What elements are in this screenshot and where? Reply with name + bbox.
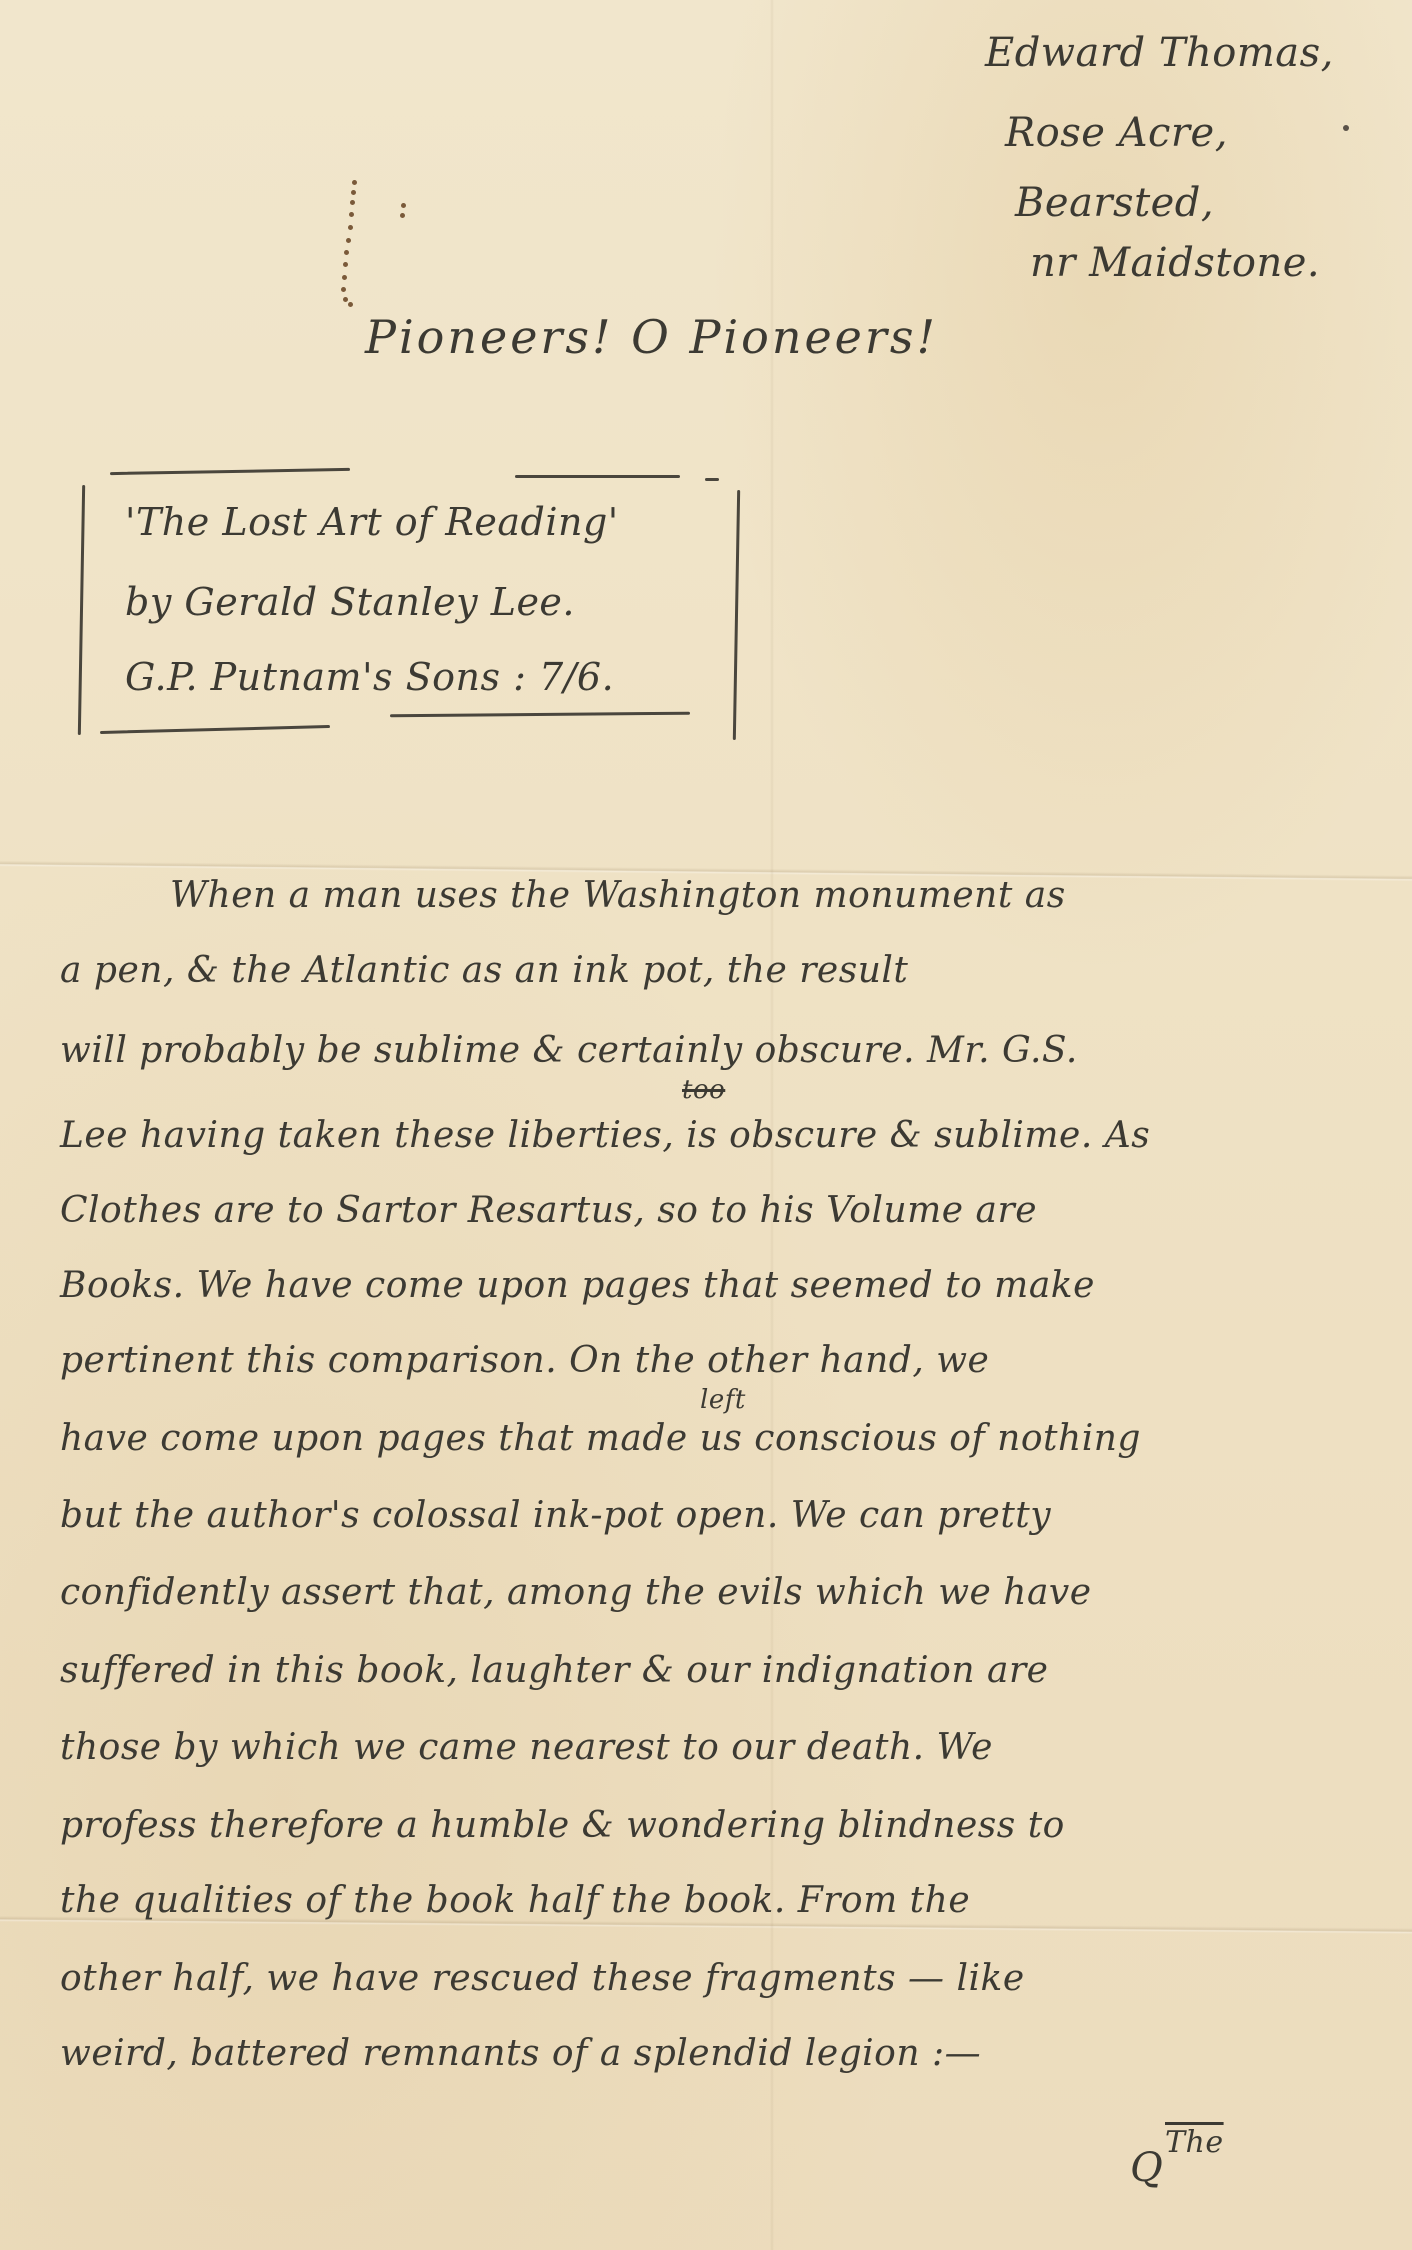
body-line-11: suffered in this book, laughter & our in… <box>60 1650 1048 1691</box>
inserted-word-left: left <box>700 1385 746 1415</box>
body-line-3: will probably be sublime & certainly obs… <box>60 1030 1078 1071</box>
address-line-town: nr Maidstone. <box>1030 240 1320 286</box>
body-line-5: Clothes are to Sartor Resartus, so to hi… <box>60 1190 1037 1231</box>
address-line-village: Bearsted, <box>1015 180 1214 226</box>
body-line-13: profess therefore a humble & wondering b… <box>60 1805 1065 1846</box>
citation-box: 'The Lost Art of Reading' by Gerald Stan… <box>75 460 735 730</box>
body-line-2: a pen, & the Atlantic as an ink pot, the… <box>60 950 908 991</box>
body-line-8: have come upon pages that made us consci… <box>60 1418 1141 1459</box>
body-line-9: but the author's colossal ink-pot open. … <box>60 1495 1051 1536</box>
body-line-10: confidently assert that, among the evils… <box>60 1572 1092 1613</box>
body-line-14: the qualities of the book half the book.… <box>60 1880 970 1921</box>
body-line-16: weird, battered remnants of a splendid l… <box>60 2033 981 2074</box>
body-line-6: Books. We have come upon pages that seem… <box>60 1265 1095 1306</box>
catchword-text: The <box>1165 2125 1224 2160</box>
address-line-name: Edward Thomas, <box>985 30 1334 76</box>
body-line-1: When a man uses the Washington monument … <box>170 875 1066 916</box>
citation-publisher-price: G.P. Putnam's Sons : 7/6. <box>125 655 614 699</box>
manuscript-page: Edward Thomas, Rose Acre, Bearsted, nr M… <box>0 0 1412 2250</box>
page-title: Pioneers! O Pioneers! <box>365 310 938 364</box>
address-line-house: Rose Acre, <box>1005 110 1228 156</box>
deleted-word-too: too <box>682 1075 725 1105</box>
body-line-12: those by which we came nearest to our de… <box>60 1727 993 1768</box>
catchword-mark: Q <box>1130 2145 1163 2191</box>
citation-author: by Gerald Stanley Lee. <box>125 580 575 624</box>
body-line-7: pertinent this comparison. On the other … <box>60 1340 989 1381</box>
citation-book-title: 'The Lost Art of Reading' <box>125 500 619 544</box>
body-line-4: Lee having taken these liberties, is obs… <box>60 1115 1150 1156</box>
body-line-15: other half, we have rescued these fragme… <box>60 1958 1025 1999</box>
